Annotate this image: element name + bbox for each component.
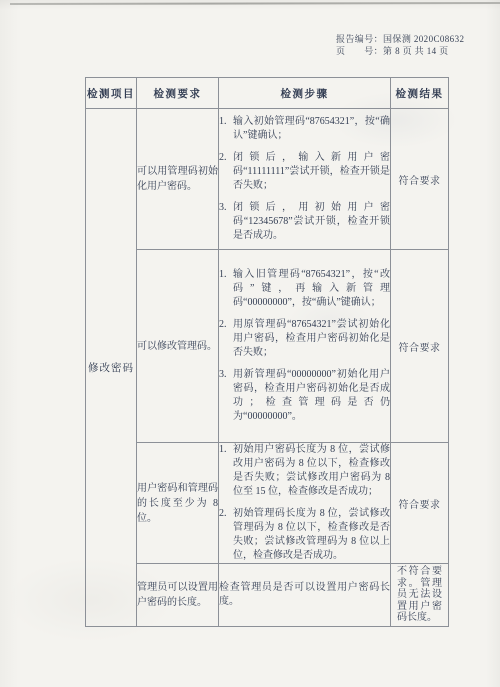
step-item: 2.闭锁后，输入新用户密码“11111111”尝试开锁，检查开锁是否失败；: [219, 151, 390, 193]
report-number-value: 国保测 2020C08632: [383, 34, 464, 44]
step-item: 1.输入初始管理码“87654321”，按“确认”键确认；: [219, 115, 390, 143]
step-text: 闭锁后，输入新用户密码“11111111”尝试开锁，检查开锁是否失败；: [233, 151, 390, 193]
step-item: 3.用新管理码“00000000”初始化用户密码，检查用户密码初始化是否成功；检…: [219, 368, 390, 424]
table-row: 用户密码和管理码的长度至少为 8 位。 1.初始用户密码长度为 8 位，尝试修改…: [86, 443, 449, 564]
steps-cell: 1.输入初始管理码“87654321”，按“确认”键确认； 2.闭锁后，输入新用…: [219, 109, 391, 250]
result-cell: 符合要求: [391, 250, 449, 443]
step-number: 2.: [219, 507, 233, 563]
page-number-line: 页 号：第 8 页 共 14 页: [336, 45, 464, 57]
table-row: 管理员可以设置用户密码的长度。 检查管理员是否可以设置用户密码长度。 不符合要求…: [86, 564, 449, 627]
page-number-label: 页 号：: [336, 46, 383, 56]
step-text: 输入旧管理码“87654321”，按“改码”键，再输入新管理码“00000000…: [233, 268, 390, 310]
step-number: 1.: [219, 115, 233, 143]
steps-cell: 1.初始用户密码长度为 8 位，尝试修改用户密码为 8 位以下，检查修改是否失败…: [219, 443, 391, 564]
procedure-text: 检查管理员是否可以设置用户密码长度。: [219, 581, 390, 609]
steps-cell: 1.输入旧管理码“87654321”，按“改码”键，再输入新管理码“000000…: [219, 250, 391, 443]
step-number: 3.: [219, 201, 233, 243]
step-item: 2.用原管理码“87654321”尝试初始化用户密码，检查用户密码初始化是否失败…: [219, 318, 390, 360]
step-item: 1.初始用户密码长度为 8 位，尝试修改用户密码为 8 位以下，检查修改是否失败…: [219, 443, 390, 499]
step-text: 闭锁后，用初始用户密码“12345678”尝试开锁，检查开锁是否成功。: [233, 201, 390, 243]
test-report-table: 检测项目 检测要求 检测步骤 检测结果 修改密码 可以用管理码初始化用户密码。 …: [85, 77, 449, 627]
result-cell: 不符合要求。管理员无法设置用户密码长度。: [391, 564, 449, 627]
table-row: 修改密码 可以用管理码初始化用户密码。 1.输入初始管理码“87654321”，…: [86, 109, 449, 250]
requirement-cell: 用户密码和管理码的长度至少为 8 位。: [137, 443, 219, 564]
test-item-cell: 修改密码: [86, 109, 137, 627]
step-number: 2.: [219, 318, 233, 360]
step-text: 初始用户密码长度为 8 位，尝试修改用户密码为 8 位以下，检查修改是否失败；尝…: [233, 443, 390, 499]
step-item: 2.初始管理码长度为 8 位，尝试修改管理码为 8 位以下，检查修改是否失败；尝…: [219, 507, 390, 563]
step-item: 3.闭锁后，用初始用户密码“12345678”尝试开锁，检查开锁是否成功。: [219, 201, 390, 243]
col-header-test-item: 检测项目: [86, 78, 137, 109]
result-cell: 符合要求: [391, 109, 449, 250]
col-header-requirement: 检测要求: [137, 78, 219, 109]
table-header-row: 检测项目 检测要求 检测步骤 检测结果: [86, 78, 449, 109]
step-text: 初始管理码长度为 8 位，尝试修改管理码为 8 位以下，检查修改是否失败；尝试修…: [233, 507, 390, 563]
step-item: 1.输入旧管理码“87654321”，按“改码”键，再输入新管理码“000000…: [219, 268, 390, 310]
result-cell: 符合要求: [391, 443, 449, 564]
steps-cell: 检查管理员是否可以设置用户密码长度。: [219, 564, 391, 627]
requirement-cell: 可以修改管理码。: [137, 250, 219, 443]
step-number: 2.: [219, 151, 233, 193]
step-text: 输入初始管理码“87654321”，按“确认”键确认；: [233, 115, 390, 143]
step-text: 用原管理码“87654321”尝试初始化用户密码，检查用户密码初始化是否失败；: [233, 318, 390, 360]
step-text: 用新管理码“00000000”初始化用户密码，检查用户密码初始化是否成功；检查管…: [233, 368, 390, 424]
report-header: 报告编号：国保测 2020C08632 页 号：第 8 页 共 14 页: [336, 33, 464, 57]
page-number-value: 第 8 页 共 14 页: [383, 46, 449, 56]
report-number-label: 报告编号：: [336, 34, 383, 44]
step-number: 3.: [219, 368, 233, 424]
step-number: 1.: [219, 268, 233, 310]
col-header-result: 检测结果: [391, 78, 449, 109]
requirement-cell: 管理员可以设置用户密码的长度。: [137, 564, 219, 627]
step-number: 1.: [219, 443, 233, 499]
report-number-line: 报告编号：国保测 2020C08632: [336, 33, 464, 45]
requirement-cell: 可以用管理码初始化用户密码。: [137, 109, 219, 250]
table-row: 可以修改管理码。 1.输入旧管理码“87654321”，按“改码”键，再输入新管…: [86, 250, 449, 443]
scan-edge-line: [10, 2, 500, 5]
col-header-steps: 检测步骤: [219, 78, 391, 109]
